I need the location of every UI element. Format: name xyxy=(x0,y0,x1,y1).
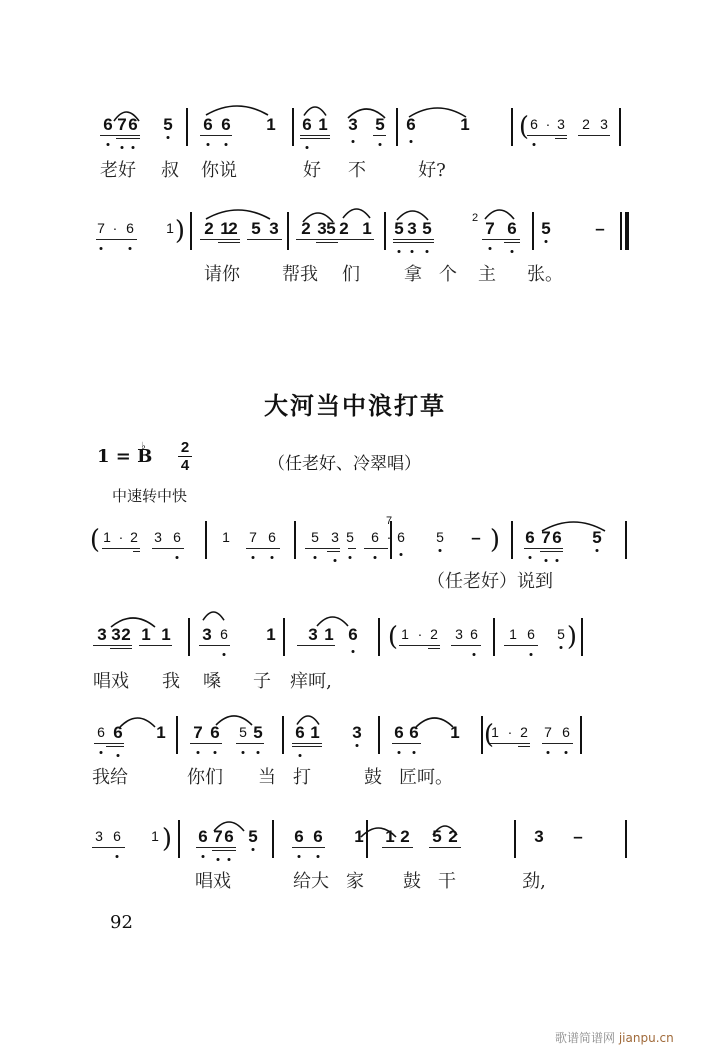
note: 6 xyxy=(220,626,228,643)
lyric: 痒呵, xyxy=(290,672,332,692)
lyric: 们 xyxy=(342,265,360,285)
barline xyxy=(188,618,190,656)
note: 5 xyxy=(375,116,384,133)
beam-underline xyxy=(106,746,124,747)
octave-dot-below xyxy=(411,250,414,253)
lyric: 拿 xyxy=(404,265,422,285)
note: 1 xyxy=(161,626,170,643)
beam-underline xyxy=(504,242,520,243)
note: 5 xyxy=(557,626,565,643)
note: 3 xyxy=(269,220,278,237)
octave-dot-below xyxy=(565,751,568,754)
note: 5 xyxy=(239,724,247,741)
octave-dot-below xyxy=(314,556,317,559)
note: 6 xyxy=(198,828,207,845)
beam-underline xyxy=(246,548,280,549)
note: 6 xyxy=(210,724,219,741)
slur xyxy=(485,210,514,219)
note: 6 xyxy=(294,828,303,845)
barline xyxy=(581,618,583,656)
barline xyxy=(186,108,188,146)
barline xyxy=(619,108,621,146)
note: 3 xyxy=(331,529,339,546)
note: 1 xyxy=(460,116,469,133)
slur xyxy=(120,718,155,727)
octave-dot-below xyxy=(100,247,103,250)
note: 3 xyxy=(308,626,317,643)
tempo-marking: 中速转中快 xyxy=(112,485,187,506)
beam-underline xyxy=(348,548,356,549)
lyric: 鼓 xyxy=(403,872,421,892)
note: 2 xyxy=(400,828,409,845)
note: 3 xyxy=(352,724,361,741)
beam-underline xyxy=(393,239,434,240)
octave-dot-below xyxy=(413,751,416,754)
close-paren: ) xyxy=(490,527,500,553)
beam-underline xyxy=(540,551,563,552)
note: 5 xyxy=(251,220,260,237)
slur xyxy=(203,612,224,620)
lyric: 请你 xyxy=(204,265,240,285)
octave-dot-below xyxy=(530,653,533,656)
note: 5 xyxy=(541,220,550,237)
note: 6 xyxy=(470,626,478,643)
note: 6 xyxy=(103,116,112,133)
note: 5 xyxy=(436,529,444,546)
open-paren: ( xyxy=(388,624,398,650)
barline xyxy=(378,716,380,754)
octave-dot-below xyxy=(167,136,170,139)
note: 6 xyxy=(348,626,357,643)
close-paren: ) xyxy=(567,624,577,650)
octave-dot-below xyxy=(379,143,382,146)
note: 3 xyxy=(111,626,120,643)
octave-dot-below xyxy=(197,751,200,754)
beam-underline xyxy=(196,847,236,848)
grace-note: 7 xyxy=(386,513,392,530)
barline xyxy=(272,820,274,858)
slur xyxy=(343,209,370,218)
note: 6 xyxy=(313,828,322,845)
beam-underline xyxy=(296,239,338,240)
beam-underline xyxy=(578,135,610,136)
barline xyxy=(282,716,284,754)
octave-dot-below xyxy=(596,549,599,552)
barline xyxy=(384,212,386,250)
time-signature: 2 4 xyxy=(178,440,192,473)
barline xyxy=(178,820,180,858)
octave-dot-below xyxy=(545,559,548,562)
lyric: 你说 xyxy=(201,161,237,181)
octave-dot-below xyxy=(298,855,301,858)
barline xyxy=(481,716,483,754)
watermark-en: jianpu.cn xyxy=(619,1031,674,1045)
note: 6 xyxy=(113,724,122,741)
lyric: 当 xyxy=(258,768,276,788)
octave-dot-below xyxy=(257,751,260,754)
barline xyxy=(283,618,285,656)
lyric: 嗓 xyxy=(203,672,221,692)
note: 2 xyxy=(130,529,138,546)
dash-extension: – xyxy=(573,828,582,845)
barline xyxy=(287,212,289,250)
octave-dot-below xyxy=(271,556,274,559)
octave-dot-below xyxy=(489,247,492,250)
note: 2 xyxy=(582,116,590,133)
beam-underline xyxy=(305,548,340,549)
note: 5 xyxy=(394,220,403,237)
lyric: 个 xyxy=(439,265,457,285)
octave-dot-below xyxy=(410,140,413,143)
note: 7 xyxy=(249,529,257,546)
note: 6 xyxy=(527,626,535,643)
octave-dot-below xyxy=(132,146,135,149)
lyric: 唱戏 xyxy=(93,672,129,692)
close-paren: ) xyxy=(162,826,172,852)
beam-underline xyxy=(292,847,325,848)
barline xyxy=(625,820,627,858)
note: 6 xyxy=(562,724,570,741)
octave-dot-below xyxy=(356,744,359,747)
open-paren: ( xyxy=(519,114,529,140)
slur xyxy=(409,108,466,117)
octave-dot-below xyxy=(334,559,337,562)
lyric: 你们 xyxy=(187,768,223,788)
barline xyxy=(205,521,207,559)
beam-underline xyxy=(110,648,132,649)
note: 6 xyxy=(224,828,233,845)
lyric: 给大 xyxy=(293,872,329,892)
beam-underline xyxy=(94,743,124,744)
barline xyxy=(294,521,296,559)
barline xyxy=(190,212,192,250)
barline xyxy=(378,618,380,656)
beam-underline xyxy=(393,242,434,243)
octave-dot-below xyxy=(223,653,226,656)
note: 3 xyxy=(557,116,565,133)
octave-dot-below xyxy=(306,146,309,149)
octave-dot-below xyxy=(529,556,532,559)
octave-dot-below xyxy=(352,650,355,653)
octave-dot-below xyxy=(116,855,119,858)
beam-underline xyxy=(92,847,125,848)
lyric: 老好 xyxy=(100,161,136,181)
octave-dot-below xyxy=(207,143,210,146)
note: 6 xyxy=(295,724,304,741)
octave-dot-below xyxy=(400,553,403,556)
octave-dot-below xyxy=(252,848,255,851)
octave-dot-below xyxy=(398,751,401,754)
grace-note: 2 xyxy=(472,210,478,227)
octave-dot-below xyxy=(129,247,132,250)
beam-underline xyxy=(116,138,140,139)
octave-dot-below xyxy=(545,240,548,243)
lyric: 家 xyxy=(346,872,364,892)
octave-dot-below xyxy=(176,556,179,559)
barline xyxy=(396,108,398,146)
note: 5 xyxy=(346,529,354,546)
watermark-cn: 歌谱简谱网 xyxy=(555,1031,615,1045)
lyric: 打 xyxy=(293,768,311,788)
note: 1 xyxy=(103,529,111,546)
lyric: 张。 xyxy=(527,265,563,285)
octave-dot-below xyxy=(511,250,514,253)
note: 1 xyxy=(401,626,409,643)
lyric: 帮我 xyxy=(282,265,318,285)
octave-dot-below xyxy=(214,751,217,754)
note: 5 xyxy=(163,116,172,133)
beam-underline xyxy=(292,743,322,744)
note: 7 xyxy=(485,220,494,237)
octave-dot-below xyxy=(117,754,120,757)
beam-underline xyxy=(247,239,282,240)
beam-underline xyxy=(392,743,421,744)
beam-underline xyxy=(133,551,140,552)
note: 6 xyxy=(371,529,379,546)
note: 1 xyxy=(222,529,230,546)
slur xyxy=(206,210,270,219)
octave-dot-below xyxy=(560,646,563,649)
barline xyxy=(511,521,513,559)
lyric: 好 xyxy=(303,161,321,181)
note: 3 xyxy=(202,626,211,643)
note: 3 xyxy=(97,626,106,643)
note: 7 xyxy=(213,828,222,845)
note: 1 xyxy=(354,828,363,845)
beam-underline xyxy=(518,746,530,747)
octave-dot-below xyxy=(374,556,377,559)
note: 1 xyxy=(362,220,371,237)
note: 5 xyxy=(311,529,319,546)
beam-underline xyxy=(338,239,374,240)
lyric: 我 xyxy=(162,672,180,692)
note: 2 xyxy=(301,220,310,237)
octave-dot-below xyxy=(547,751,550,754)
page-number: 92 xyxy=(110,912,133,933)
note: 2 xyxy=(430,626,438,643)
barline xyxy=(366,820,368,858)
note: 2 xyxy=(228,220,237,237)
barline xyxy=(514,820,516,858)
note: 5 xyxy=(592,529,601,546)
slur xyxy=(206,106,268,115)
note: 3 xyxy=(95,828,103,845)
lyric: 不 xyxy=(348,161,366,181)
note: 5 xyxy=(432,828,441,845)
lyric: 主 xyxy=(478,265,496,285)
octave-dot-below xyxy=(352,140,355,143)
singers-credit: （任老好、冷翠唱） xyxy=(268,449,421,474)
barline xyxy=(292,108,294,146)
note: 6 xyxy=(525,529,534,546)
note: 6 xyxy=(221,116,230,133)
beam-underline xyxy=(364,548,388,549)
note: 6 xyxy=(173,529,181,546)
beam-underline xyxy=(527,135,567,136)
note: 3 xyxy=(407,220,416,237)
barline xyxy=(176,716,178,754)
octave-dot-below xyxy=(439,549,442,552)
beam-underline xyxy=(428,648,440,649)
note: 6 xyxy=(397,529,405,546)
note: 5 xyxy=(326,220,335,237)
barline xyxy=(625,521,627,559)
close-paren: ) xyxy=(175,218,185,244)
note: 6 xyxy=(406,116,415,133)
octave-dot-below xyxy=(228,858,231,861)
note: 1 xyxy=(310,724,319,741)
note: 6 xyxy=(128,116,137,133)
octave-dot-below xyxy=(556,559,559,562)
slur xyxy=(416,718,453,727)
beam-underline xyxy=(236,743,264,744)
augmentation-dot: · xyxy=(418,626,423,643)
beam-underline xyxy=(316,242,338,243)
lyric: 匠呵。 xyxy=(399,768,453,788)
note: 1 xyxy=(385,828,394,845)
note: 1 xyxy=(166,220,174,237)
beam-underline xyxy=(451,645,481,646)
beam-underline xyxy=(139,645,172,646)
octave-dot-below xyxy=(299,754,302,757)
beam-underline xyxy=(327,551,340,552)
dash-extension: – xyxy=(595,220,604,237)
note: 1 xyxy=(450,724,459,741)
octave-dot-below xyxy=(426,250,429,253)
note: 2 xyxy=(520,724,528,741)
barline xyxy=(511,108,513,146)
octave-dot-below xyxy=(242,751,245,754)
beam-underline xyxy=(199,645,230,646)
note: 6 xyxy=(302,116,311,133)
note: 3 xyxy=(154,529,162,546)
beam-underline xyxy=(200,239,240,240)
beam-underline xyxy=(96,239,137,240)
note: 6 xyxy=(268,529,276,546)
note: 2 xyxy=(448,828,457,845)
note: 7 xyxy=(97,220,105,237)
note: 6 xyxy=(507,220,516,237)
note: 7 xyxy=(193,724,202,741)
beam-underline xyxy=(482,239,520,240)
beam-underline xyxy=(429,847,461,848)
note: 3 xyxy=(455,626,463,643)
note: 2 xyxy=(121,626,130,643)
barline xyxy=(532,212,534,250)
octave-dot-below xyxy=(473,653,476,656)
note: 1 xyxy=(266,626,275,643)
note: 1 xyxy=(266,116,275,133)
note: 1 xyxy=(151,828,159,845)
octave-dot-below xyxy=(121,146,124,149)
note: 1 xyxy=(156,724,165,741)
beam-underline xyxy=(300,135,330,136)
lyric: 叔 xyxy=(161,161,179,181)
note: 3 xyxy=(600,116,608,133)
barline xyxy=(580,716,582,754)
song-title: 大河当中浪打草 xyxy=(0,386,710,421)
note: 1 xyxy=(509,626,517,643)
note: 2 xyxy=(204,220,213,237)
time-signature-top: 2 xyxy=(178,440,192,455)
beam-underline xyxy=(200,135,232,136)
beam-underline xyxy=(504,645,538,646)
beam-underline xyxy=(100,135,140,136)
beam-underline xyxy=(489,743,530,744)
octave-dot-below xyxy=(533,143,536,146)
note: 6 xyxy=(394,724,403,741)
lyric: 好? xyxy=(418,161,446,181)
octave-dot-below xyxy=(217,858,220,861)
note: 1 xyxy=(318,116,327,133)
note: 6 xyxy=(97,724,105,741)
beam-underline xyxy=(399,645,440,646)
note: 7 xyxy=(541,529,550,546)
octave-dot-below xyxy=(225,143,228,146)
lyric: （任老好）说到 xyxy=(427,572,553,592)
beam-underline xyxy=(190,743,222,744)
beam-underline xyxy=(218,242,240,243)
augmentation-dot: · xyxy=(119,529,124,546)
note: 2 xyxy=(339,220,348,237)
lyric: 鼓 xyxy=(364,768,382,788)
beam-underline xyxy=(382,847,413,848)
watermark: 歌谱简谱网 jianpu.cn xyxy=(555,1029,674,1046)
octave-dot-below xyxy=(349,556,352,559)
note: 1 xyxy=(141,626,150,643)
lyric: 子 xyxy=(253,672,271,692)
beam-underline xyxy=(152,548,184,549)
beam-underline xyxy=(297,645,335,646)
beam-underline xyxy=(373,135,386,136)
beam-underline xyxy=(300,138,330,139)
note: 7 xyxy=(117,116,126,133)
note: 6 xyxy=(409,724,418,741)
octave-dot-below xyxy=(398,250,401,253)
beam-underline xyxy=(555,138,567,139)
note: 7 xyxy=(544,724,552,741)
dash-extension: – xyxy=(471,529,480,546)
note: 6 xyxy=(530,116,538,133)
octave-dot-below xyxy=(317,855,320,858)
beam-underline xyxy=(524,548,563,549)
augmentation-dot: · xyxy=(113,220,118,237)
note: 5 xyxy=(253,724,262,741)
note: 5 xyxy=(248,828,257,845)
augmentation-dot: · xyxy=(546,116,551,133)
beam-underline xyxy=(102,548,140,549)
sheet-music-page: 67656616135616·323(老好叔你说好不好?7·6121253235… xyxy=(0,0,710,1057)
note: 5 xyxy=(422,220,431,237)
final-barline xyxy=(625,212,629,250)
augmentation-dot: · xyxy=(508,724,513,741)
beam-underline xyxy=(212,850,236,851)
beam-underline xyxy=(93,645,132,646)
note: 6 xyxy=(552,529,561,546)
note: 3 xyxy=(534,828,543,845)
octave-dot-below xyxy=(100,751,103,754)
beam-underline xyxy=(542,743,573,744)
lyric: 劲, xyxy=(522,872,546,892)
note: 6 xyxy=(126,220,134,237)
note: 6 xyxy=(113,828,121,845)
open-paren: ( xyxy=(484,722,494,748)
final-barline-thin xyxy=(620,212,622,250)
time-signature-bottom: 4 xyxy=(178,458,192,473)
beam-underline xyxy=(292,746,322,747)
lyric: 我给 xyxy=(92,768,128,788)
note: 6 xyxy=(203,116,212,133)
